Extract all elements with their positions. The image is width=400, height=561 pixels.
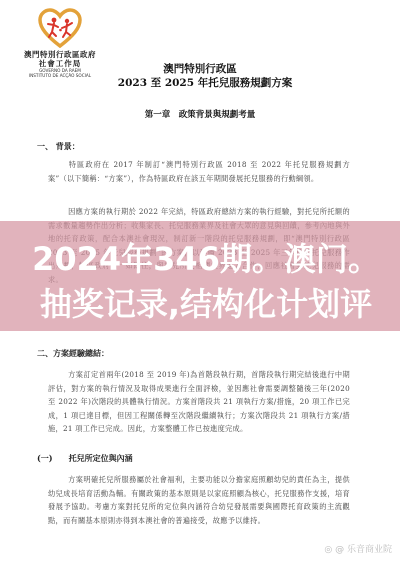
document-title-line2: 2023 至 2025 年托兒服務規劃方案 xyxy=(0,75,400,90)
source-watermark: ◎ @ 乐音商业院 xyxy=(324,542,392,555)
banner-headline-line2: 抽奖记录,结构化计划评 xyxy=(6,285,400,323)
document-title-line1: 澳門特別行政區 xyxy=(0,61,400,76)
subsection-heading-positioning: (一) 托兒所定位與內涵 xyxy=(37,453,133,464)
paragraph-positioning: 方案明確托兒所服務屬於社會福利，主要功能以分擔家庭照顧幼兒的責任為主，提供幼兒成… xyxy=(48,473,350,527)
paragraph-background-1: 特區政府在 2017 年制訂“澳門特別行政區 2018 至 2022 年托兒服務… xyxy=(48,158,350,185)
org-name-zh-line1: 澳門特別行政區政府 xyxy=(14,50,106,59)
paragraph-text: 特區政府在 2017 年制訂“澳門特別行政區 2018 至 2022 年托兒服務… xyxy=(48,160,350,183)
watermark-text: @ 乐音商业院 xyxy=(335,545,392,555)
section-heading-background: 一、 背景： xyxy=(37,141,80,152)
section-heading-experience: 二、方案經驗總結： xyxy=(37,348,109,359)
paragraph-experience: 方案訂定首兩年(2018 至 2019 年)為首階段執行期，首階段執行期完結後進… xyxy=(48,368,350,436)
chapter-heading: 第一章 政策背景與規劃考量 xyxy=(0,108,400,120)
paragraph-text: 方案明確托兒所服務屬於社會福利，主要功能以分擔家庭照顧幼兒的責任為主，提供幼兒成… xyxy=(48,475,350,525)
weibo-icon: ◎ xyxy=(324,545,332,555)
document-page: 澳門特別行政區政府 社會工作局 GOVERNO DA RAEM INSTITUT… xyxy=(0,0,400,561)
banner-headline-line1: 2024年346期。澳门。 xyxy=(6,240,400,278)
paragraph-text: 方案訂定首兩年(2018 至 2019 年)為首階段執行期，首階段執行期完結後進… xyxy=(48,370,350,433)
heart-family-logo-icon xyxy=(37,8,83,48)
